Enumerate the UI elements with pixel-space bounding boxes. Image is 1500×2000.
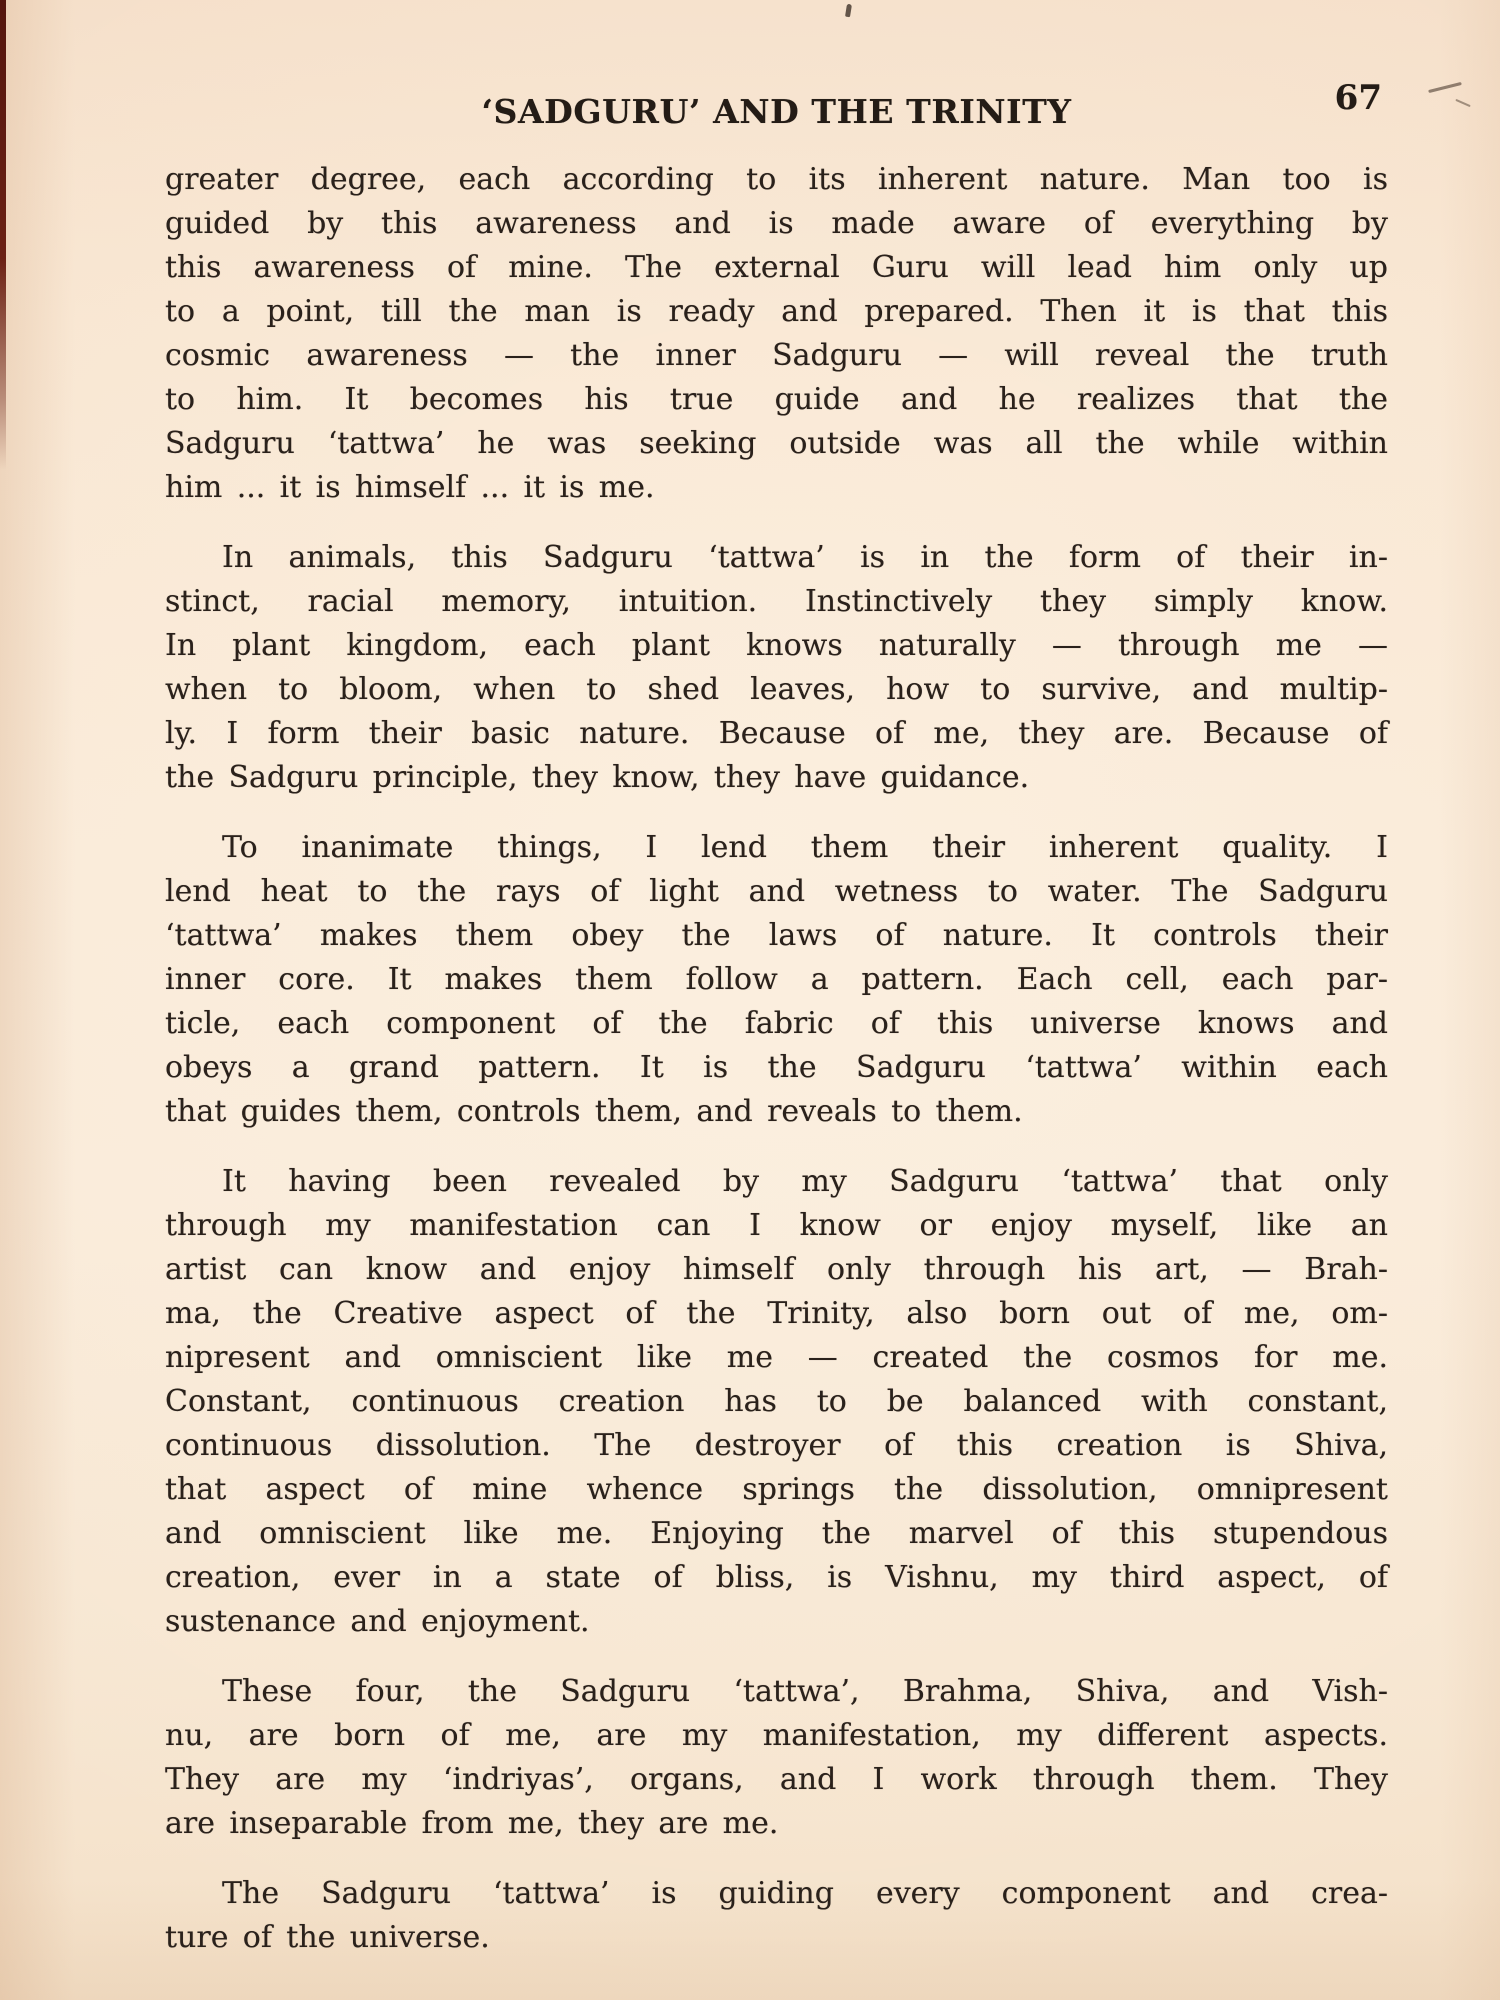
book-page: ‘SADGURU’ AND THE TRINITY 67 greater deg… bbox=[0, 0, 1500, 2000]
chapter-title: ‘SADGURU’ AND THE TRINITY bbox=[165, 92, 1388, 131]
text-line: to a point, till the man is ready and pr… bbox=[165, 290, 1388, 334]
text-line: It having been revealed by my Sadguru ‘t… bbox=[165, 1160, 1388, 1204]
text-line: sustenance and enjoyment. bbox=[165, 1600, 1388, 1644]
text-line: ‘tattwa’ makes them obey the laws of nat… bbox=[165, 914, 1388, 958]
text-line: that guides them, controls them, and rev… bbox=[165, 1090, 1388, 1134]
scan-speck bbox=[845, 4, 852, 18]
text-line: ly. I form their basic nature. Because o… bbox=[165, 712, 1388, 756]
text-line: the Sadguru principle, they know, they h… bbox=[165, 756, 1388, 800]
paragraph: It having been revealed by my Sadguru ‘t… bbox=[165, 1160, 1388, 1644]
text-line: obeys a grand pattern. It is the Sadguru… bbox=[165, 1046, 1388, 1090]
text-line: In animals, this Sadguru ‘tattwa’ is in … bbox=[165, 536, 1388, 580]
paragraph: In animals, this Sadguru ‘tattwa’ is in … bbox=[165, 536, 1388, 800]
body-text: greater degree, each according to its in… bbox=[165, 158, 1388, 1960]
text-line: continuous dissolution. The destroyer of… bbox=[165, 1424, 1388, 1468]
text-line: Sadguru ‘tattwa’ he was seeking outside … bbox=[165, 422, 1388, 466]
paragraph: To inanimate things, I lend them their i… bbox=[165, 826, 1388, 1134]
scan-scratch bbox=[1428, 82, 1462, 93]
text-line: stinct, racial memory, intuition. Instin… bbox=[165, 580, 1388, 624]
text-line: These four, the Sadguru ‘tattwa’, Brahma… bbox=[165, 1670, 1388, 1714]
paragraph: greater degree, each according to its in… bbox=[165, 158, 1388, 510]
text-line: when to bloom, when to shed leaves, how … bbox=[165, 668, 1388, 712]
text-line: Constant, continuous creation has to be … bbox=[165, 1380, 1388, 1424]
text-line: are inseparable from me, they are me. bbox=[165, 1802, 1388, 1846]
text-line: inner core. It makes them follow a patte… bbox=[165, 958, 1388, 1002]
text-line: nu, are born of me, are my manifestation… bbox=[165, 1714, 1388, 1758]
text-line: him ... it is himself ... it is me. bbox=[165, 466, 1388, 510]
text-line: In plant kingdom, each plant knows natur… bbox=[165, 624, 1388, 668]
page-number: 67 bbox=[1335, 78, 1382, 118]
text-line: through my manifestation can I know or e… bbox=[165, 1204, 1388, 1248]
text-line: The Sadguru ‘tattwa’ is guiding every co… bbox=[165, 1872, 1388, 1916]
text-line: creation, ever in a state of bliss, is V… bbox=[165, 1556, 1388, 1600]
text-line: ma, the Creative aspect of the Trinity, … bbox=[165, 1292, 1388, 1336]
paragraph: These four, the Sadguru ‘tattwa’, Brahma… bbox=[165, 1670, 1388, 1846]
text-line: ture of the universe. bbox=[165, 1916, 1388, 1960]
text-line: lend heat to the rays of light and wetne… bbox=[165, 870, 1388, 914]
text-line: They are my ‘indriyas’, organs, and I wo… bbox=[165, 1758, 1388, 1802]
text-line: artist can know and enjoy himself only t… bbox=[165, 1248, 1388, 1292]
text-line: greater degree, each according to its in… bbox=[165, 158, 1388, 202]
text-line: guided by this awareness and is made awa… bbox=[165, 202, 1388, 246]
text-line: nipresent and omniscient like me — creat… bbox=[165, 1336, 1388, 1380]
text-line: to him. It becomes his true guide and he… bbox=[165, 378, 1388, 422]
text-line: cosmic awareness — the inner Sadguru — w… bbox=[165, 334, 1388, 378]
scan-edge-artifact bbox=[0, 0, 6, 470]
text-line: and omniscient like me. Enjoying the mar… bbox=[165, 1512, 1388, 1556]
text-line: that aspect of mine whence springs the d… bbox=[165, 1468, 1388, 1512]
text-line: To inanimate things, I lend them their i… bbox=[165, 826, 1388, 870]
text-line: this awareness of mine. The external Gur… bbox=[165, 246, 1388, 290]
scan-scratch bbox=[1455, 99, 1470, 107]
paragraph: The Sadguru ‘tattwa’ is guiding every co… bbox=[165, 1872, 1388, 1960]
text-line: ticle, each component of the fabric of t… bbox=[165, 1002, 1388, 1046]
